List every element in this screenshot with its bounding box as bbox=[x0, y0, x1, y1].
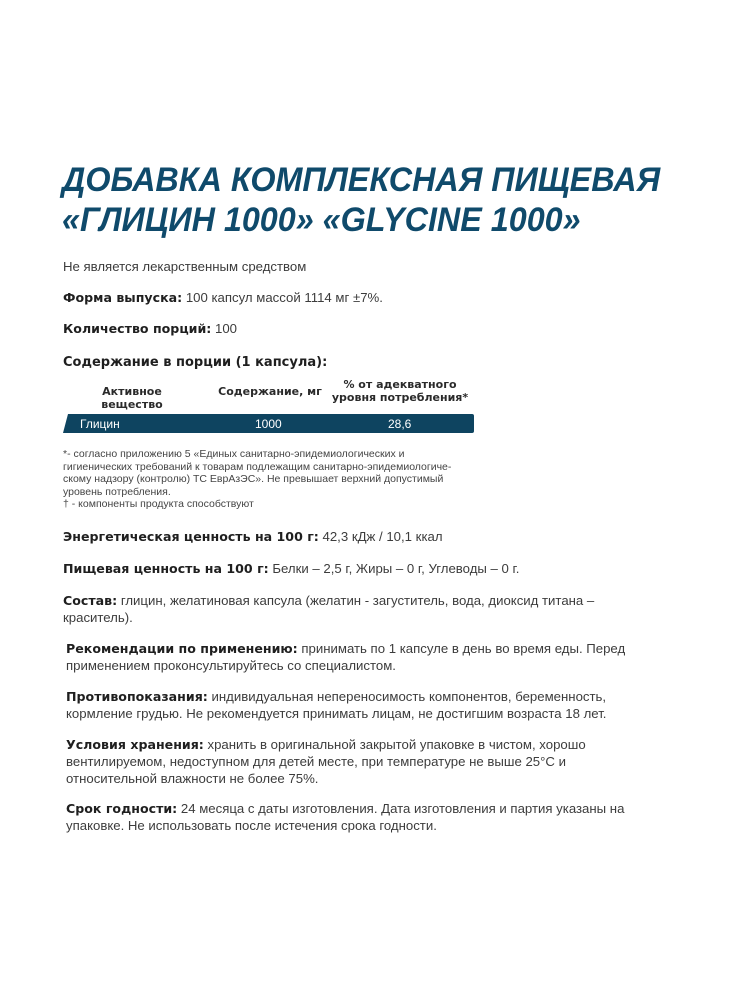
footnote-line-1: *- согласно приложению 5 «Единых санитар… bbox=[63, 448, 451, 461]
footnote-line-5: † - компоненты продукта способствуют bbox=[63, 498, 451, 511]
usage-label: Рекомендации по применению: bbox=[66, 641, 298, 656]
release-form: Форма выпуска: 100 капсул массой 1114 мг… bbox=[63, 289, 383, 306]
title-line-2: «ГЛИЦИН 1000» «GLYCINE 1000» bbox=[62, 201, 581, 239]
servings-value: 100 bbox=[211, 321, 237, 336]
composition-line-1: глицин, желатиновая капсула (желатин - з… bbox=[117, 593, 594, 608]
composition-line-2: краситель). bbox=[63, 609, 594, 626]
footnotes: *- согласно приложению 5 «Единых санитар… bbox=[63, 448, 451, 511]
nutrition-value: Пищевая ценность на 100 г: Белки – 2,5 г… bbox=[63, 560, 519, 577]
table-cell-substance: Глицин bbox=[80, 417, 120, 431]
contraindications-label: Противопоказания: bbox=[66, 689, 208, 704]
usage-recommendations: Рекомендации по применению: принимать по… bbox=[66, 640, 625, 674]
storage-label: Условия хранения: bbox=[66, 737, 204, 752]
storage-line-3: относительной влажности не более 75%. bbox=[66, 770, 586, 787]
product-title: ДОБАВКА КОМПЛЕКСНАЯ ПИЩЕВАЯ «ГЛИЦИН 1000… bbox=[62, 160, 660, 240]
contraindications-line-2: кормление грудью. Не рекомендуется прини… bbox=[66, 705, 606, 722]
shelf-life-label: Срок годности: bbox=[66, 801, 177, 816]
energy-label: Энергетическая ценность на 100 г: bbox=[63, 529, 319, 544]
contraindications: Противопоказания: индивидуальная неперен… bbox=[66, 688, 606, 722]
storage-line-1: хранить в оригинальной закрытой упаковке… bbox=[204, 737, 586, 752]
contraindications-line-1: индивидуальная непереносимость компонент… bbox=[208, 689, 606, 704]
table-heading: Содержание в порции (1 капсула): bbox=[63, 355, 327, 370]
composition: Состав: глицин, желатиновая капсула (жел… bbox=[63, 592, 594, 626]
nutrition-label: Пищевая ценность на 100 г: bbox=[63, 561, 269, 576]
column-header-substance: Активное вещество bbox=[72, 385, 192, 411]
nutrition-text: Белки – 2,5 г, Жиры – 0 г, Углеводы – 0 … bbox=[269, 561, 520, 576]
release-form-label: Форма выпуска: bbox=[63, 290, 182, 305]
column-header-percent-line-2: уровня потребления* bbox=[332, 391, 468, 404]
column-header-content: Содержание, мг bbox=[215, 385, 325, 398]
footnote-line-4: уровень потребления. bbox=[63, 486, 451, 499]
footnote-line-2: гигиенических требований к товарам подле… bbox=[63, 461, 451, 474]
table-cell-percent: 28,6 bbox=[388, 417, 411, 431]
usage-line-1: принимать по 1 капсуле в день во время е… bbox=[298, 641, 625, 656]
disclaimer: Не является лекарственным средством bbox=[63, 258, 306, 275]
table-cell-content: 1000 bbox=[255, 417, 282, 431]
title-line-1: ДОБАВКА КОМПЛЕКСНАЯ ПИЩЕВАЯ bbox=[62, 161, 660, 199]
composition-label: Состав: bbox=[63, 593, 117, 608]
release-form-value: 100 капсул массой 1114 мг ±7%. bbox=[182, 290, 383, 305]
energy-value: Энергетическая ценность на 100 г: 42,3 к… bbox=[63, 528, 443, 545]
shelf-life: Срок годности: 24 месяца с даты изготовл… bbox=[66, 800, 624, 834]
shelf-life-line-1: 24 месяца с даты изготовления. Дата изго… bbox=[177, 801, 624, 816]
storage-conditions: Условия хранения: хранить в оригинальной… bbox=[66, 736, 586, 787]
servings: Количество порций: 100 bbox=[63, 320, 237, 337]
shelf-life-line-2: упаковке. Не использовать после истечени… bbox=[66, 817, 624, 834]
servings-label: Количество порций: bbox=[63, 321, 211, 336]
column-header-percent-line-1: % от адекватного bbox=[343, 378, 456, 391]
column-header-percent: % от адекватного уровня потребления* bbox=[330, 378, 470, 404]
usage-line-2: применением проконсультируйтесь со специ… bbox=[66, 657, 625, 674]
storage-line-2: вентилируемом, недоступном для детей мес… bbox=[66, 753, 586, 770]
energy-text: 42,3 кДж / 10,1 ккал bbox=[319, 529, 443, 544]
footnote-line-3: скому надзору (контролю) ТС ЕврАзЭС». Не… bbox=[63, 473, 451, 486]
